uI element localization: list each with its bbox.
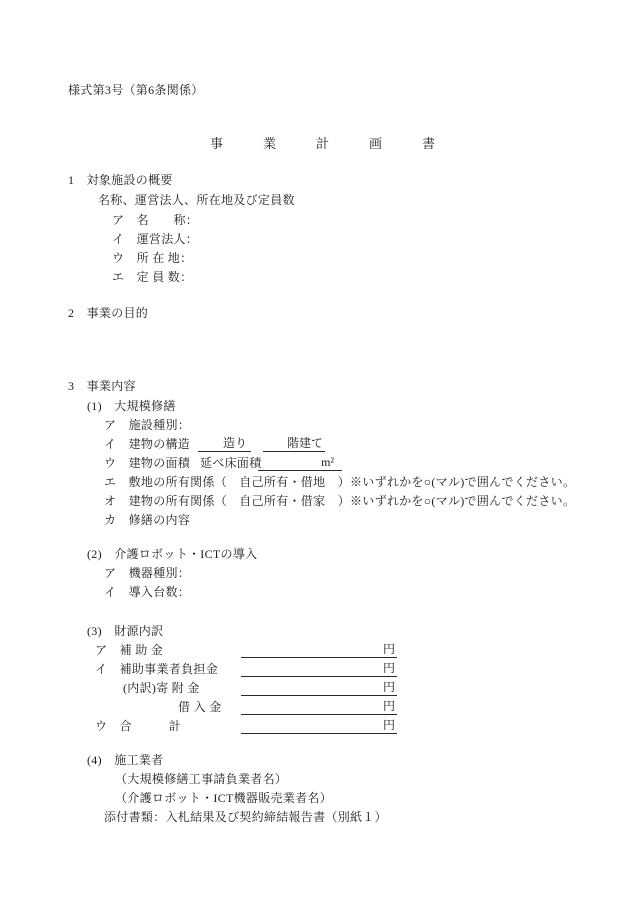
floors-blank: 階建て (263, 436, 325, 452)
donation-amount-label: (内訳)寄 附 金 (123, 680, 200, 696)
device-count-label: イ 導入台数： (104, 584, 190, 600)
subsection-1-heading: (1) 大規模修繕 (87, 398, 176, 414)
capacity-label: エ 定 員 数： (112, 269, 192, 285)
section-1-heading: 1 対象施設の概要 (68, 172, 173, 188)
building-ownership-line: オ 建物の所有関係（ 自己所有・借家 ）※いずれかを○(マル)で囲んでください。 (104, 493, 575, 509)
subsidy-amount-label: ア 補 助 金 (95, 642, 163, 658)
total-amount-blank: 円 (241, 718, 397, 734)
section-3-heading: 3 事業内容 (68, 378, 136, 394)
floor-area-blank: m² (258, 455, 342, 471)
device-type-label: ア 機器種別： (104, 565, 190, 581)
total-amount-label: ウ 合 計 (95, 718, 181, 734)
facility-type-label: ア 施設種別： (104, 417, 190, 433)
donation-amount-blank: 円 (241, 680, 397, 696)
location-label: ウ 所 在 地： (112, 250, 192, 266)
document-title: 事業計画書 (210, 136, 475, 152)
site-ownership-line: エ 敷地の所有関係（ 自己所有・借地 ）※いずれかを○(マル)で囲んでください。 (104, 474, 575, 490)
subsection-3-heading: (3) 財源内訳 (87, 623, 163, 639)
contractor-note-robot: （介護ロボット・ICT機器販売業者名） (115, 790, 332, 806)
form-number-label: 様式第3号（第6条関係） (68, 82, 204, 98)
structure-type-blank: 造り (198, 436, 251, 452)
operating-corporation-label: イ 運営法人： (112, 231, 198, 247)
subsidy-amount-blank: 円 (241, 642, 397, 658)
repair-content-label: カ 修繕の内容 (104, 512, 190, 528)
subsection-2-heading: (2) 介護ロボット・ICTの導入 (87, 546, 257, 562)
building-structure-label: イ 建物の構造 (104, 436, 190, 452)
loan-amount-blank: 円 (241, 699, 397, 715)
subsection-4-heading: (4) 施工業者 (87, 752, 163, 768)
operator-burden-label: イ 補助事業者負担金 (95, 661, 218, 677)
building-area-label: ウ 建物の面積 (104, 455, 190, 471)
section-2-heading: 2 事業の目的 (68, 305, 148, 321)
attachment-note: 添付書類：入札結果及び契約締結報告書（別紙１） (104, 809, 387, 825)
floor-area-label: 延べ床面積 (200, 455, 262, 471)
facility-name-label: ア 名 称： (112, 212, 198, 228)
loan-amount-label: 借 入 金 (178, 699, 222, 715)
operator-burden-blank: 円 (241, 661, 397, 677)
section-1-subheading: 名称、運営法人、所在地及び定員数 (98, 192, 295, 208)
contractor-note-repair: （大規模修繕工事請負業者名） (115, 771, 287, 787)
document-page: 様式第3号（第6条関係） 事業計画書 1 対象施設の概要 名称、運営法人、所在地… (0, 0, 630, 903)
